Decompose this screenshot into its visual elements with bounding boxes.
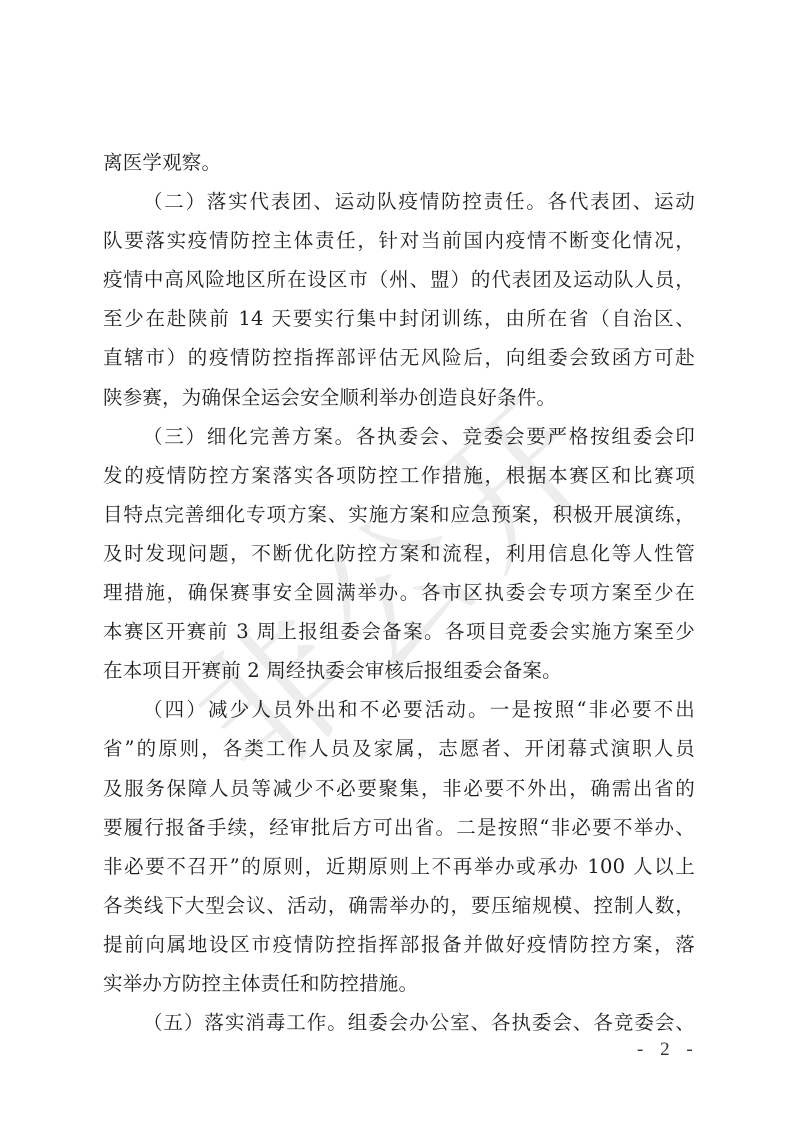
text-line: 实举办方防控主体责任和防控措施。 bbox=[103, 964, 695, 1003]
text-line: 及服务保障人员等减少不必要聚集，非必要不外出，确需出省的 bbox=[103, 769, 695, 808]
text-line: 直辖市）的疫情防控指挥部评估无风险后，向组委会致函方可赴 bbox=[103, 338, 695, 377]
page-number: - 2 - bbox=[637, 1039, 699, 1061]
text-line: 陕参赛，为确保全运会安全顺利举办创造良好条件。 bbox=[103, 378, 695, 417]
text-line: 疫情中高风险地区所在设区市（州、盟）的代表团及运动队人员， bbox=[103, 260, 695, 299]
text-line: 至少在赴陕前 14 天要实行集中封闭训练，由所在省（自治区、 bbox=[103, 299, 695, 338]
text-line: 队要落实疫情防控主体责任，针对当前国内疫情不断变化情况， bbox=[103, 221, 695, 260]
text-line: 在本项目开赛前 2 周经执委会审核后报组委会备案。 bbox=[103, 651, 695, 690]
text-line: 非必要不召开”的原则，近期原则上不再举办或承办 100 人以上 bbox=[103, 847, 695, 886]
text-line: 要履行报备手续，经审批后方可出省。二是按照“非必要不举办、 bbox=[103, 808, 695, 847]
text-line: 离医学观察。 bbox=[103, 143, 695, 182]
text-line: 目特点完善细化专项方案、实施方案和应急预案，积极开展演练， bbox=[103, 495, 695, 534]
text-line: 及时发现问题，不断优化防控方案和流程，利用信息化等人性管 bbox=[103, 534, 695, 573]
text-line: 提前向属地设区市疫情防控指挥部报备并做好疫情防控方案，落 bbox=[103, 925, 695, 964]
text-line: 理措施，确保赛事安全圆满举办。各市区执委会专项方案至少在 bbox=[103, 573, 695, 612]
text-line: 发的疫情防控方案落实各项防控工作措施，根据本赛区和比赛项 bbox=[103, 456, 695, 495]
section-heading-line: （三）细化完善方案。各执委会、竞委会要严格按组委会印 bbox=[103, 417, 695, 456]
section-heading-line: （四）减少人员外出和不必要活动。一是按照“非必要不出 bbox=[103, 690, 695, 729]
text-line: 本赛区开赛前 3 周上报组委会备案。各项目竞委会实施方案至少 bbox=[103, 612, 695, 651]
section-heading-line: （五）落实消毒工作。组委会办公室、各执委会、各竞委会、 bbox=[103, 1003, 695, 1042]
text-line: 省”的原则，各类工作人员及家属，志愿者、开闭幕式演职人员 bbox=[103, 729, 695, 768]
text-line: 各类线下大型会议、活动，确需举办的，要压缩规模、控制人数， bbox=[103, 886, 695, 925]
document-body: 离医学观察。 （二）落实代表团、运动队疫情防控责任。各代表团、运动 队要落实疫情… bbox=[103, 143, 695, 1042]
section-heading-line: （二）落实代表团、运动队疫情防控责任。各代表团、运动 bbox=[103, 182, 695, 221]
document-page: 非公开 离医学观察。 （二）落实代表团、运动队疫情防控责任。各代表团、运动 队要… bbox=[0, 0, 793, 1122]
